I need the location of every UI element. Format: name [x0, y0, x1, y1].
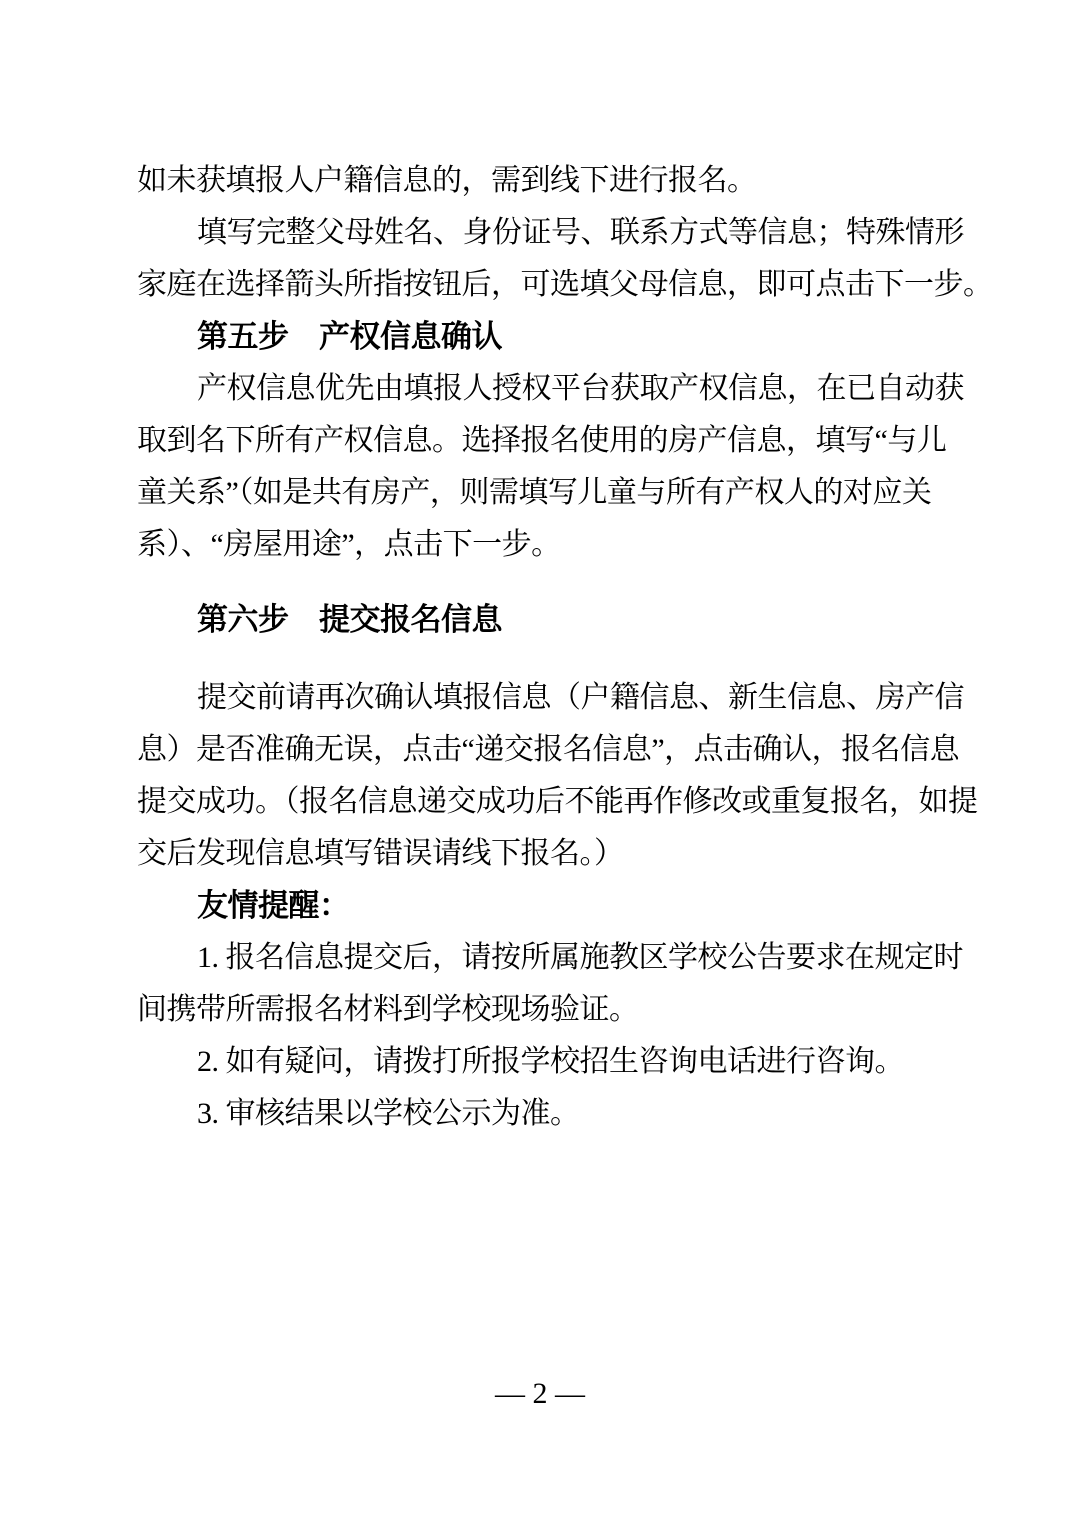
body-line: 提交成功。（报名信息递交成功后不能再作修改或重复报名，如提	[137, 776, 949, 828]
document-page: 如未获填报人户籍信息的，需到线下进行报名。 填写完整父母姓名、身份证号、联系方式…	[0, 0, 1080, 1527]
body-line: 间携带所需报名材料到学校现场验证。	[137, 984, 949, 1036]
body-line: 系）、“房屋用途”，点击下一步。	[137, 519, 949, 571]
body-line: 填写完整父母姓名、身份证号、联系方式等信息；特殊情形	[137, 207, 949, 259]
step6-heading: 第六步 提交报名信息	[137, 594, 949, 646]
page-number: — 2 —	[0, 1368, 1080, 1420]
body-line: 如未获填报人户籍信息的，需到线下进行报名。	[137, 155, 949, 207]
page-content: 如未获填报人户籍信息的，需到线下进行报名。 填写完整父母姓名、身份证号、联系方式…	[137, 155, 949, 1140]
numbered-item-3: 3. 审核结果以学校公示为准。	[137, 1088, 949, 1140]
body-line: 产权信息优先由填报人授权平台获取产权信息，在已自动获	[137, 363, 949, 415]
friendly-reminder-heading: 友情提醒：	[137, 880, 949, 932]
body-line: 交后发现信息填写错误请线下报名。）	[137, 828, 949, 880]
body-line: 取到名下所有产权信息。选择报名使用的房产信息，填写“与儿	[137, 415, 949, 467]
body-line: 家庭在选择箭头所指按钮后，可选填父母信息，即可点击下一步。	[137, 259, 949, 311]
body-line: 息）是否准确无误，点击“递交报名信息”，点击确认，报名信息	[137, 724, 949, 776]
numbered-item-2: 2. 如有疑问，请拨打所报学校招生咨询电话进行咨询。	[137, 1036, 949, 1088]
numbered-item-1: 1. 报名信息提交后，请按所属施教区学校公告要求在规定时	[137, 932, 949, 984]
body-line: 提交前请再次确认填报信息（户籍信息、新生信息、房产信	[137, 672, 949, 724]
step5-heading: 第五步 产权信息确认	[137, 311, 949, 363]
body-line: 童关系”（如是共有房产，则需填写儿童与所有产权人的对应关	[137, 467, 949, 519]
